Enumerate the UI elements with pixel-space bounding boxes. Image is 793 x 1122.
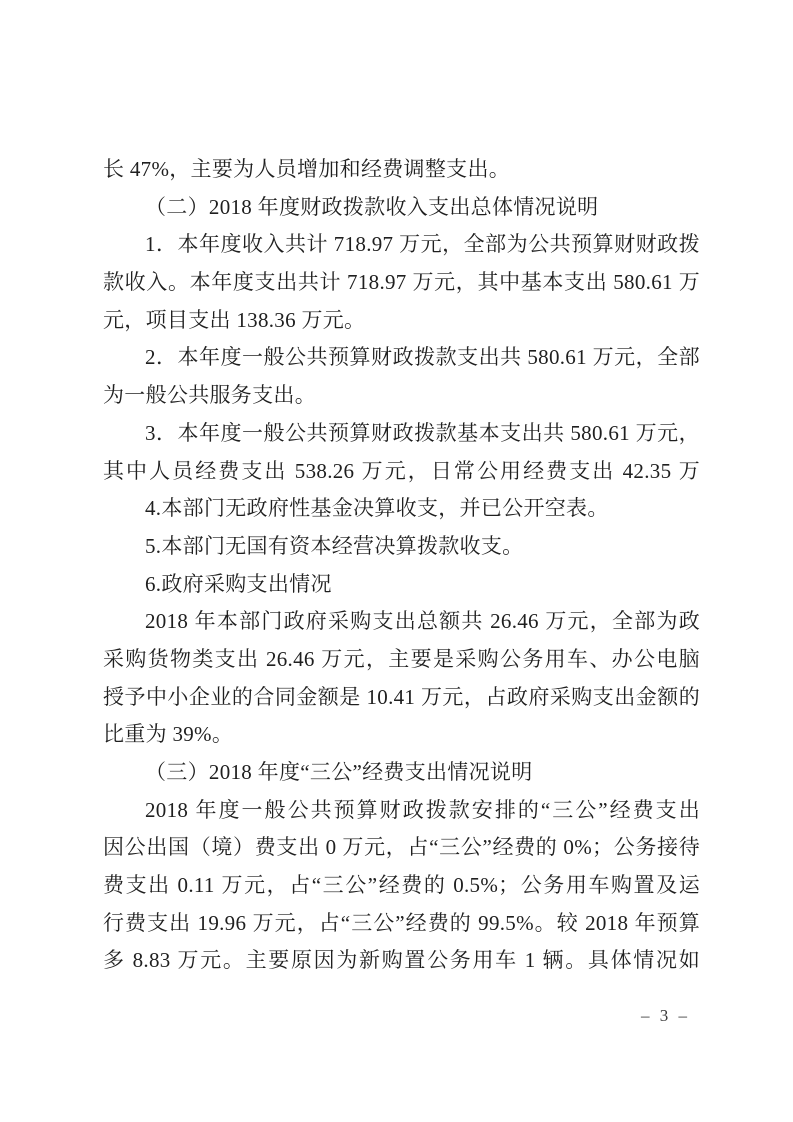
text-line: 2018 年本部门政府采购支出总额共 26.46 万元，全部为政府 [103, 603, 700, 641]
text-line: 因公出国（境）费支出 0 万元，占“三公”经费的 0%；公务接待 [103, 829, 700, 867]
text-line: 授予中小企业的合同金额是 10.41 万元，占政府采购支出金额的 [103, 679, 700, 717]
page-number: – 3 – [641, 1006, 690, 1026]
text-line: 3．本年度一般公共预算财政拨款基本支出共 580.61 万元， [103, 415, 700, 453]
text-line: 费支出 0.11 万元，占“三公”经费的 0.5%；公务用车购置及运 [103, 867, 700, 905]
text-line: 款收入。本年度支出共计 718.97 万元，其中基本支出 580.61 万 [103, 264, 700, 302]
section-heading-3: （三）2018 年度“三公”经费支出情况说明 [103, 754, 700, 792]
text-line: 5.本部门无国有资本经营决算拨款收支。 [103, 528, 700, 566]
text-line: 行费支出 19.96 万元，占“三公”经费的 99.5%。较 2018 年预算 [103, 905, 700, 943]
text-line: 比重为 39%。 [103, 716, 700, 754]
text-line: 2018 年度一般公共预算财政拨款安排的“三公”经费支出中， [103, 792, 700, 830]
text-line: 为一般公共服务支出。 [103, 377, 700, 415]
text-line: 1．本年度收入共计 718.97 万元，全部为公共预算财财政拨 [103, 226, 700, 264]
text-line: 长 47%，主要为人员增加和经费调整支出。 [103, 151, 700, 189]
document-page: 长 47%，主要为人员增加和经费调整支出。 （二）2018 年度财政拨款收入支出… [0, 0, 793, 1122]
document-body: 长 47%，主要为人员增加和经费调整支出。 （二）2018 年度财政拨款收入支出… [103, 151, 700, 980]
text-line: 4.本部门无政府性基金决算收支，并已公开空表。 [103, 490, 700, 528]
text-line: 6.政府采购支出情况 [103, 566, 700, 604]
text-line: 采购货物类支出 26.46 万元，主要是采购公务用车、办公电脑等， [103, 641, 700, 679]
section-heading-2: （二）2018 年度财政拨款收入支出总体情况说明 [103, 189, 700, 227]
text-line: 2．本年度一般公共预算财政拨款支出共 580.61 万元，全部 [103, 339, 700, 377]
text-line: 元，项目支出 138.36 万元。 [103, 302, 700, 340]
text-line: 其中人员经费支出 538.26 万元，日常公用经费支出 42.35 万元。 [103, 453, 700, 491]
text-line: 多 8.83 万元。主要原因为新购置公务用车 1 辆。具体情况如下： [103, 942, 700, 980]
